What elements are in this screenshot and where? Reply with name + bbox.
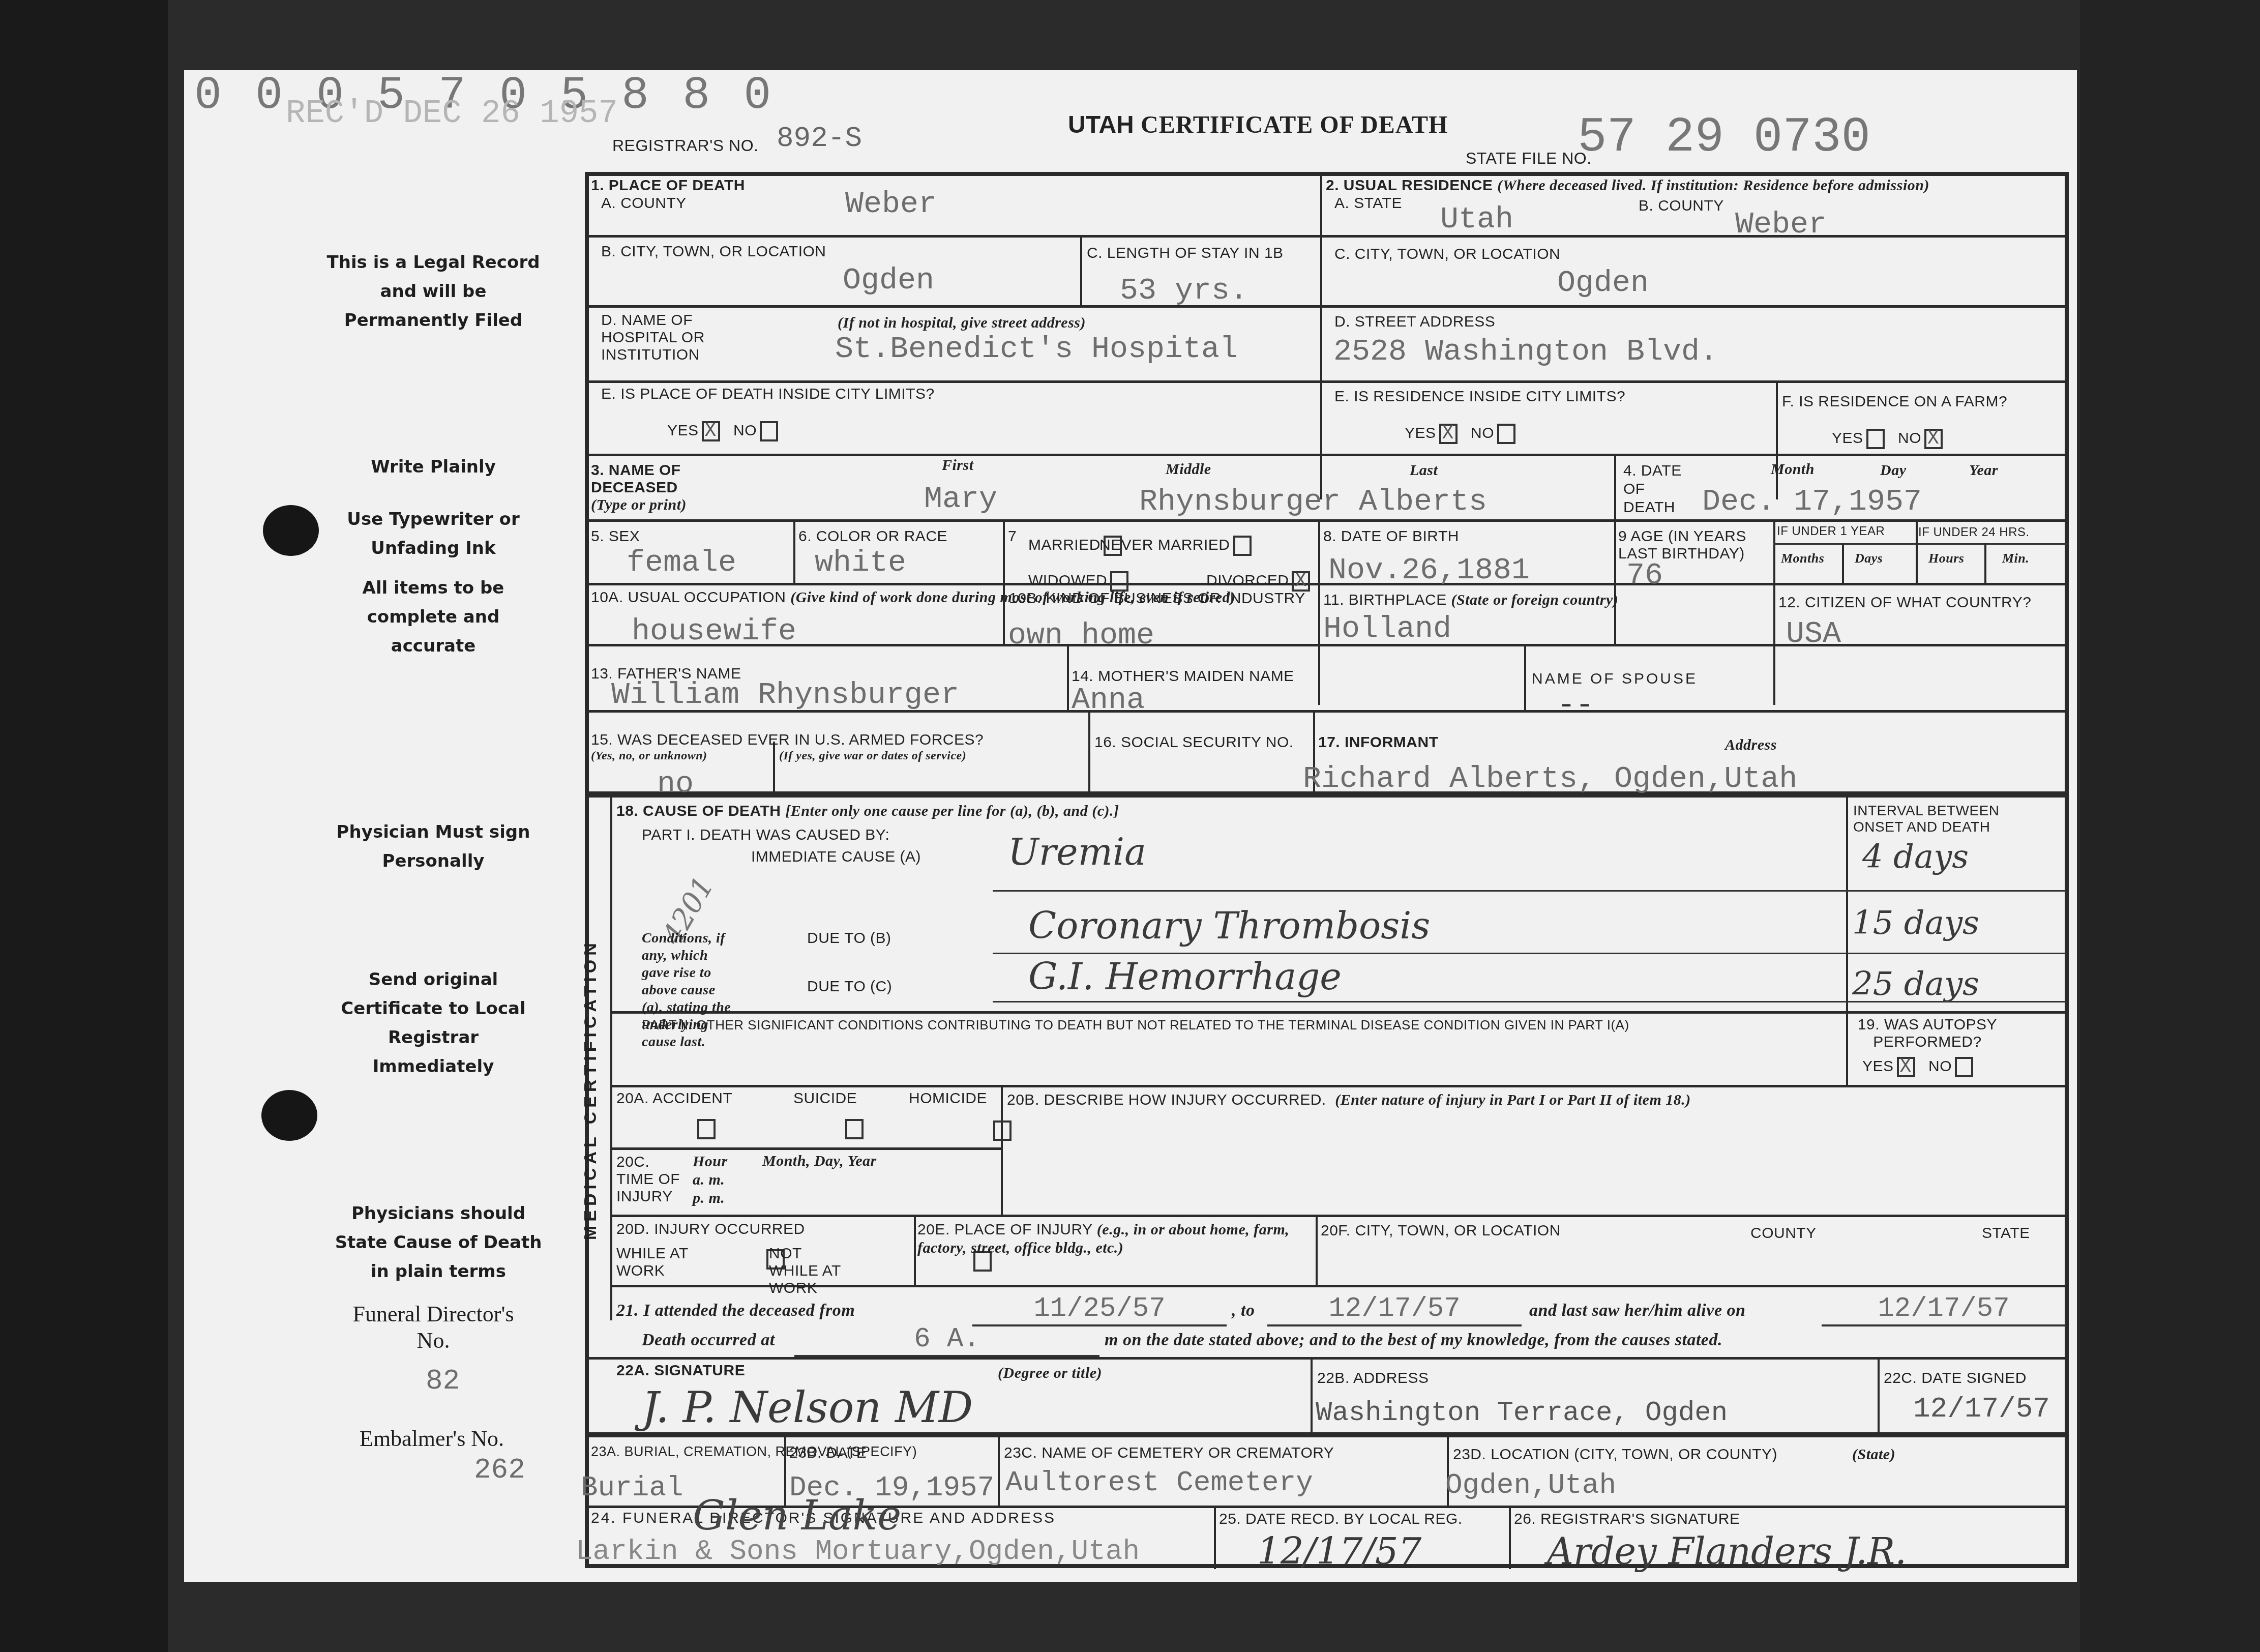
date-of-death-field[interactable]: Dec. 17,1957: [1702, 485, 1922, 519]
birthplace-label: 11. BIRTHPLACE (State or foreign country…: [1323, 592, 1618, 609]
date-recd-label: 25. DATE RECD. BY LOCAL REG.: [1219, 1511, 1463, 1528]
divider: [1311, 1357, 1313, 1433]
divider: [1318, 519, 1320, 705]
interval-a-field[interactable]: 4 days: [1862, 838, 1969, 876]
armed-forces-label: 15. WAS DECEASED EVER IN U.S. ARMED FORC…: [591, 731, 984, 749]
hospital-label: d. NAME OF HOSPITAL OR INSTITUTION: [601, 312, 708, 364]
residence-inside-limits-options: YES NO: [1405, 424, 1515, 444]
death-inside-limits-label: e. IS PLACE OF DEATH INSIDE CITY LIMITS?: [601, 386, 935, 403]
street-address-field[interactable]: 2528 Washington Blvd.: [1333, 335, 1718, 369]
injury-location-label: 20f. CITY, TOWN, OR LOCATION: [1321, 1222, 1561, 1240]
scanner-background-left: [0, 0, 168, 1652]
dob-field[interactable]: Nov.26,1881: [1328, 553, 1530, 588]
race-label: 6. COLOR OR RACE: [798, 528, 947, 545]
death-inside-limits-options: YES NO: [667, 421, 778, 441]
accident-label: 20a. ACCIDENT: [616, 1090, 732, 1107]
divider: [586, 454, 2068, 456]
divider: [586, 235, 2068, 238]
first-name-col: First: [942, 457, 974, 474]
margin-note-use-typewriter: Use Typewriter or Unfading Ink: [326, 505, 540, 563]
marital-divorced: DIVORCED: [1206, 571, 1310, 592]
yes-label: YES: [667, 422, 699, 439]
signature-label: 22a. SIGNATURE: [616, 1362, 745, 1379]
divider: [1088, 710, 1090, 792]
death-city-label: b. CITY, TOWN, OR LOCATION: [601, 243, 826, 260]
armed-forces-note-a: (Yes, no, or unknown): [591, 749, 707, 763]
funeral-director-signature[interactable]: Glen Lake: [693, 1492, 901, 1539]
informant-address-label: Address: [1725, 736, 1777, 754]
physician-signature[interactable]: J. P. Nelson MD: [642, 1382, 973, 1432]
divider: [1080, 235, 1082, 306]
mother-label: 14. MOTHER'S MAIDEN NAME: [1072, 668, 1294, 685]
street-address-label: d. STREET ADDRESS: [1334, 313, 1495, 331]
divider: [586, 380, 2068, 383]
age-field[interactable]: 76: [1626, 558, 1663, 593]
divider: [586, 1357, 2068, 1360]
interval-label: INTERVAL BETWEEN ONSET AND DEATH: [1853, 803, 2016, 835]
to-label: , to: [1232, 1301, 1255, 1320]
business-field[interactable]: own home: [1008, 618, 1154, 653]
due-to-c-field[interactable]: G.I. Hemorrhage: [1028, 955, 1342, 998]
min-col: Min.: [2002, 551, 2029, 566]
residence-inside-limits-no-checkbox[interactable]: [1497, 424, 1515, 444]
armed-forces-field[interactable]: no: [657, 767, 694, 802]
never-married-checkbox[interactable]: [1233, 536, 1252, 556]
immediate-cause-label: IMMEDIATE CAUSE (a): [751, 848, 921, 866]
registrar-no-label: REGISTRAR'S NO.: [612, 136, 758, 155]
divider: [1316, 1215, 1318, 1286]
injury-county-label: COUNTY: [1750, 1225, 1817, 1242]
divider: [1524, 644, 1526, 711]
suicide-checkbox[interactable]: [845, 1119, 864, 1139]
no-label: NO: [733, 422, 757, 439]
date-signed-label: 22c. DATE SIGNED: [1884, 1370, 2027, 1387]
physician-address-field[interactable]: Washington Terrace, Ogden: [1316, 1398, 1728, 1429]
medical-certification-side-label: MEDICAL CERTIFICATION: [581, 939, 601, 1240]
death-inside-limits-yes-checkbox[interactable]: [702, 421, 720, 441]
spouse-label: NAME OF SPOUSE: [1532, 670, 1698, 688]
divider: [773, 742, 775, 792]
divider: [1067, 644, 1069, 711]
place-of-death-section-label: 1. PLACE OF DEATH: [591, 177, 745, 194]
death-city-field[interactable]: Ogden: [843, 263, 934, 298]
divider: [1773, 519, 1775, 705]
hospital-field[interactable]: St.Benedict's Hospital: [835, 332, 1238, 367]
burial-state-label: (State): [1852, 1446, 1895, 1463]
part1-label: PART I. DEATH WAS CAUSED BY:: [642, 827, 889, 844]
interval-c-field[interactable]: 25 days: [1852, 965, 1979, 1003]
burial-label: 23a. BURIAL, CREMATION, REMOVAL (Specify…: [591, 1443, 917, 1460]
divider: [586, 1432, 2068, 1437]
divider: [1001, 1085, 1003, 1216]
registrar-signature-label: 26. REGISTRAR'S SIGNATURE: [1514, 1511, 1740, 1528]
homicide-label: HOMICIDE: [909, 1090, 987, 1107]
death-county-field[interactable]: Weber: [845, 187, 937, 222]
divider: [586, 519, 2068, 522]
no-label: NO: [1928, 1058, 1952, 1075]
mdy-label: Month, Day, Year: [762, 1153, 877, 1170]
burial-location-field[interactable]: Ogden,Utah: [1445, 1469, 1616, 1501]
death-certificate-page: 0 0 0 5 7 0 5 8 8 0 REC'D DEC 26 1957 RE…: [184, 70, 2077, 1582]
residence-section-label: 2. USUAL RESIDENCE (Where deceased lived…: [1326, 177, 1929, 194]
registrar-no: 892-S: [777, 122, 862, 155]
time-of-injury-label: 20c. TIME OF INJURY: [616, 1154, 682, 1205]
length-of-stay-field[interactable]: 53 yrs.: [1120, 274, 1248, 308]
divider: [1776, 380, 1778, 499]
deceased-name-label: 3. NAME OF DECEASED(Type or print): [591, 462, 733, 514]
funeral-director-address[interactable]: Larkin & Sons Mortuary,Ogden,Utah: [576, 1535, 1140, 1568]
residence-county-label: b. COUNTY: [1639, 197, 1724, 215]
sex-label: 5. SEX: [591, 528, 640, 545]
no-label: NO: [1898, 430, 1921, 447]
state-file-label: STATE FILE NO.: [1466, 149, 1592, 168]
divider: [998, 1437, 1000, 1506]
informant-label: 17. INFORMANT: [1318, 734, 1439, 751]
under-1-year-label: IF UNDER 1 YEAR: [1777, 524, 1885, 539]
attended-to-field[interactable]: 12/17/57: [1267, 1293, 1522, 1326]
marital-never-married: NEVER MARRIED: [1099, 536, 1252, 556]
divider: [914, 1215, 916, 1286]
dob-label: 8. DATE OF BIRTH: [1323, 528, 1459, 545]
divider: [611, 1215, 2068, 1217]
date-of-death-label: 4. DATE OF DEATH: [1623, 462, 1700, 517]
injury-how-label: 20b. DESCRIBE HOW INJURY OCCURRED. (Ente…: [1007, 1091, 1691, 1109]
immediate-cause-field[interactable]: Uremia: [1008, 831, 1146, 873]
due-to-b-label: DUE TO (b): [807, 930, 891, 947]
occupation-field[interactable]: housewife: [632, 614, 796, 649]
death-inside-limits-no-checkbox[interactable]: [760, 421, 778, 441]
hospital-note: (If not in hospital, give street address…: [838, 314, 1086, 332]
farm-options: YES NO: [1832, 429, 1943, 449]
under-24-hrs-label: IF UNDER 24 HRS.: [1918, 525, 2030, 540]
father-field[interactable]: William Rhynsburger: [611, 678, 959, 713]
age-label: 9 AGE (In years last birthday): [1618, 528, 1761, 563]
last-name-col: Last: [1410, 462, 1438, 479]
cause-of-death-label: 18. CAUSE OF DEATH [Enter only one cause…: [616, 803, 1119, 820]
cemetery-label: 23c. NAME OF CEMETERY OR CREMATORY: [1004, 1444, 1334, 1462]
embalmer-no-label: Embalmer's No.: [360, 1426, 504, 1452]
divider: [611, 1085, 2068, 1087]
cemetery-field[interactable]: Aultorest Cemetery: [1005, 1466, 1313, 1499]
binder-hole-top: [263, 505, 319, 556]
suicide-label: SUICIDE: [793, 1090, 857, 1107]
burial-date-label: 23b. DATE: [789, 1444, 867, 1462]
due-to-c-label: DUE TO (c): [807, 978, 892, 995]
margin-note-physician-sign: Physician Must sign Personally: [326, 818, 540, 876]
death-county-label: a. COUNTY: [601, 195, 687, 212]
death-occurred-label: Death occurred at: [642, 1331, 775, 1350]
autopsy-no-checkbox[interactable]: [1955, 1057, 1973, 1077]
middle-name-col: Middle: [1166, 461, 1211, 478]
while-at-work-label: WHILE AT WORK: [616, 1245, 693, 1280]
date-signed-field[interactable]: 12/17/57: [1913, 1393, 2050, 1425]
residence-state-label: a. STATE: [1334, 195, 1402, 212]
mother-field[interactable]: Anna: [1072, 683, 1145, 718]
last-saw-label: and last saw her/him alive on: [1529, 1301, 1745, 1320]
residence-city-field[interactable]: Ogden: [1557, 266, 1649, 301]
armed-forces-note-b: (If yes, give war or dates of service): [779, 749, 966, 763]
divider: [993, 890, 2066, 892]
burial-field[interactable]: Burial: [581, 1471, 683, 1504]
margin-note-physicians-should: Physicians should State Cause of Death i…: [326, 1199, 550, 1286]
margin-note-legal-record: This is a Legal Record and will be Perma…: [326, 248, 540, 335]
autopsy-options: YES NO: [1862, 1057, 1973, 1077]
received-stamp: REC'D DEC 26 1957: [286, 96, 618, 132]
funeral-director-no: 82: [426, 1365, 460, 1397]
middle-last-name-field[interactable]: Rhynsburger Alberts: [1139, 485, 1487, 519]
farm-yes-checkbox[interactable]: [1866, 429, 1885, 449]
widowed-checkbox[interactable]: [1110, 571, 1128, 592]
interval-b-field[interactable]: 15 days: [1852, 904, 1979, 942]
autopsy-label: 19. WAS AUTOPSY PERFORMED?: [1851, 1016, 2004, 1051]
divider: [1509, 1506, 1511, 1569]
burial-location-label: 23d. LOCATION (City, town, or county): [1453, 1446, 1777, 1463]
marital-widowed: WIDOWED: [1028, 571, 1128, 592]
injury-occurred-label: 20d. INJURY OCCURRED: [616, 1221, 805, 1238]
accident-checkbox[interactable]: [697, 1119, 716, 1139]
first-name-field[interactable]: Mary: [924, 482, 997, 517]
autopsy-yes-checkbox[interactable]: [1897, 1057, 1915, 1077]
citizen-label: 12. CITIZEN OF WHAT COUNTRY?: [1778, 594, 2031, 611]
residence-city-label: c. CITY, TOWN, OR LOCATION: [1334, 246, 1560, 263]
no-label: NO: [1471, 425, 1494, 441]
residence-inside-limits-yes-checkbox[interactable]: [1439, 424, 1458, 444]
date-recd-field[interactable]: 12/17/57: [1257, 1530, 1421, 1573]
due-to-b-field[interactable]: Coronary Thrombosis: [1028, 904, 1430, 947]
divider: [1773, 543, 2068, 545]
binder-hole-bottom: [261, 1090, 317, 1141]
part2-label: PART II. OTHER SIGNIFICANT CONDITIONS CO…: [642, 1017, 1629, 1033]
divider: [993, 953, 2066, 954]
race-field[interactable]: white: [815, 546, 906, 580]
spouse-field[interactable]: --: [1557, 688, 1594, 723]
physician-address-label: 22b. ADDRESS: [1317, 1370, 1429, 1387]
divider: [586, 305, 2068, 308]
divider: [1842, 543, 1844, 584]
residence-inside-limits-label: e. IS RESIDENCE INSIDE CITY LIMITS?: [1334, 388, 1625, 405]
hour-label: Houra. m.p. m.: [693, 1153, 728, 1207]
attended-prefix: 21. I attended the deceased from: [616, 1301, 855, 1320]
marital-label: 7: [1008, 528, 1017, 545]
title-text: CERTIFICATE OF DEATH: [1141, 111, 1448, 138]
title-prefix: UTAH: [1068, 111, 1134, 138]
farm-label: f. IS RESIDENCE ON A FARM?: [1782, 393, 2007, 410]
months-col: Months: [1781, 551, 1824, 566]
divider: [1214, 1506, 1216, 1569]
residence-state-field[interactable]: Utah: [1440, 202, 1513, 237]
state-file-no: 57 29 0730: [1578, 110, 1870, 165]
yes-label: YES: [1862, 1058, 1894, 1075]
place-of-injury-label: 20e. PLACE OF INJURY (e.g., in or about …: [917, 1221, 1304, 1257]
margin-note-all-items: All items to be complete and accurate: [326, 574, 540, 661]
homicide-checkbox[interactable]: [993, 1120, 1012, 1141]
days-col: Days: [1855, 551, 1883, 566]
injury-state-label: STATE: [1982, 1225, 2030, 1242]
divider: [1916, 519, 1918, 583]
year-col: Year: [1969, 462, 1998, 479]
embalmer-no: 262: [474, 1454, 525, 1486]
divider: [611, 1011, 2068, 1014]
not-while-at-work-label: NOT WHILE AT WORK: [769, 1245, 850, 1297]
registrar-signature[interactable]: Ardey Flanders J.R.: [1547, 1530, 1907, 1573]
ssn-label: 16. SOCIAL SECURITY NO.: [1094, 734, 1294, 751]
divider: [1614, 454, 1616, 644]
death-hour-field[interactable]: 6 A.: [794, 1324, 1099, 1357]
divorced-checkbox[interactable]: [1292, 571, 1310, 592]
yes-label: YES: [1405, 425, 1436, 441]
divider: [1878, 1357, 1880, 1433]
margin-note-write-plainly: Write Plainly: [326, 453, 540, 482]
farm-no-checkbox[interactable]: [1924, 429, 1943, 449]
day-col: Day: [1880, 462, 1906, 479]
funeral-director-no-label: Funeral Director's No.: [347, 1301, 520, 1354]
death-occurred-suffix: m on the date stated above; and to the b…: [1105, 1331, 1722, 1350]
divider: [1003, 519, 1005, 644]
divider: [611, 1147, 1001, 1150]
last-saw-field[interactable]: 12/17/57: [1822, 1293, 2066, 1326]
hours-col: Hours: [1928, 551, 1964, 566]
sex-field[interactable]: female: [627, 546, 736, 580]
scanner-background-right: [2080, 0, 2260, 1652]
divider: [586, 583, 2068, 585]
certificate-title: UTAH CERTIFICATE OF DEATH: [1068, 111, 1448, 139]
citizen-field[interactable]: USA: [1786, 617, 1841, 652]
birthplace-field[interactable]: Holland: [1323, 612, 1451, 646]
divider: [1984, 543, 1986, 584]
yes-label: YES: [1832, 430, 1863, 447]
divider: [793, 519, 795, 583]
month-col: Month: [1771, 461, 1815, 478]
divider: [1320, 172, 1322, 499]
residence-county-field[interactable]: Weber: [1735, 208, 1827, 242]
divider: [610, 796, 612, 1320]
degree-label: (Degree or title): [998, 1365, 1102, 1382]
length-of-stay-label: c. LENGTH OF STAY IN 1b: [1087, 245, 1284, 262]
informant-field[interactable]: Richard Alberts, Ogden,Utah: [1303, 762, 1797, 796]
attended-from-field[interactable]: 11/25/57: [972, 1293, 1227, 1326]
divider: [1846, 798, 1848, 1086]
business-label: 10b. KIND OF BUSINESS OR INDUSTRY: [1009, 590, 1305, 607]
margin-note-send-original: Send original Certificate to Local Regis…: [326, 965, 540, 1081]
